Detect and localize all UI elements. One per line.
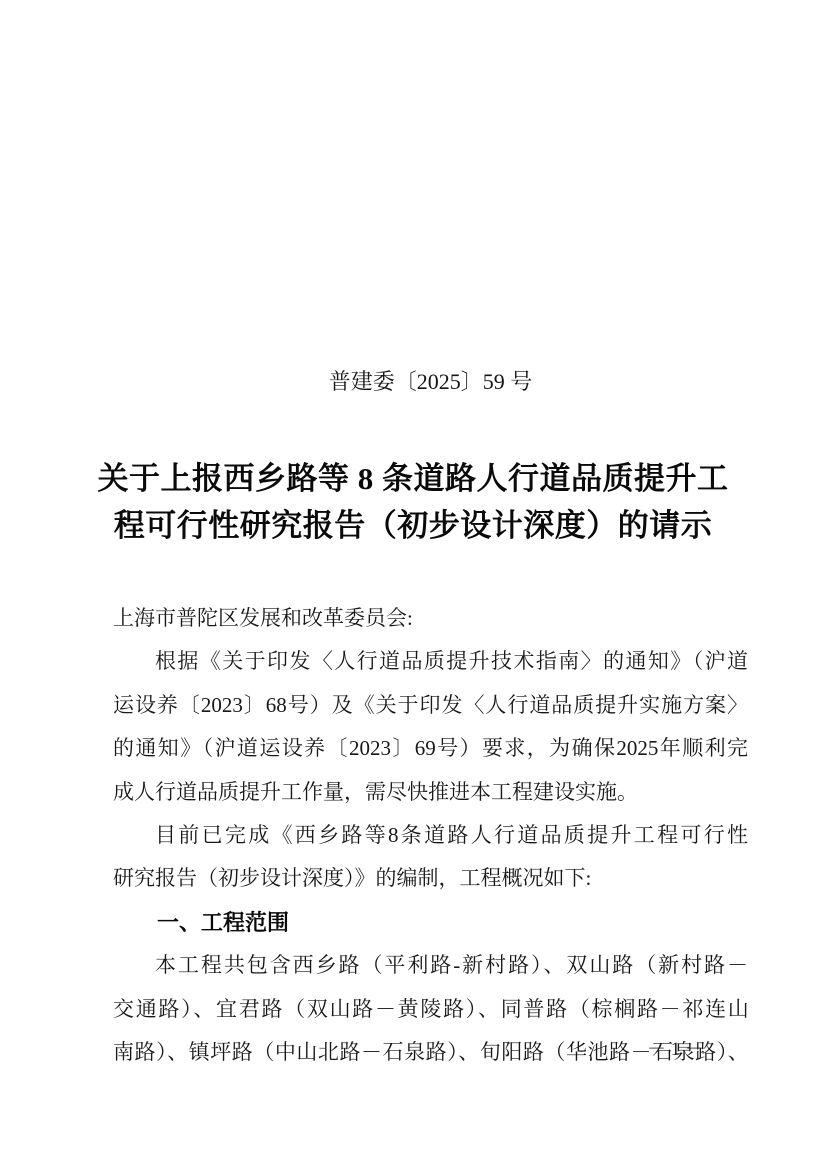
body-line: 根据《关于印发〈人行道品质提升技术指南〉的通知》（沪道 (113, 640, 748, 683)
page-number: － 1 － (647, 1038, 704, 1062)
paragraph-2: 目前已完成《西乡路等8条道路人行道品质提升工程可行性 研究报告（初步设计深度）》… (113, 814, 748, 901)
body-line: 研究报告（初步设计深度）》的编制，工程概况如下: (113, 857, 748, 900)
document-title-line-1: 关于上报西乡路等 8 条道路人行道品质提升工 (0, 455, 826, 502)
body-line: 交通路）、宜君路（双山路－黄陵路）、同普路（棕榈路－祁连山 (113, 988, 748, 1031)
salutation: 上海市普陀区发展和改革委员会: (113, 597, 748, 640)
document-page: 普建委〔2025〕59 号 关于上报西乡路等 8 条道路人行道品质提升工 程可行… (0, 0, 826, 1169)
body-line: 成人行道品质提升工作量，需尽快推进本工程建设实施。 (113, 771, 748, 814)
document-number: 普建委〔2025〕59 号 (113, 366, 748, 398)
body-line: 的通知》（沪道运设养〔2023〕69号）要求，为确保2025年顺利完 (113, 727, 748, 770)
body-line: 本工程共包含西乡路（平利路-新村路）、双山路（新村路－ (113, 944, 748, 987)
document-body: 上海市普陀区发展和改革委员会: 根据《关于印发〈人行道品质提升技术指南〉的通知》… (113, 597, 748, 1074)
body-line: 目前已完成《西乡路等8条道路人行道品质提升工程可行性 (113, 814, 748, 857)
document-title: 关于上报西乡路等 8 条道路人行道品质提升工 程可行性研究报告（初步设计深度）的… (0, 455, 826, 549)
body-line: 运设养〔2023〕68号）及《关于印发〈人行道品质提升实施方案〉 (113, 684, 748, 727)
section-heading-1: 一、工程范围 (113, 901, 748, 944)
paragraph-1: 根据《关于印发〈人行道品质提升技术指南〉的通知》（沪道 运设养〔2023〕68号… (113, 640, 748, 814)
document-title-line-2: 程可行性研究报告（初步设计深度）的请示 (0, 502, 826, 549)
